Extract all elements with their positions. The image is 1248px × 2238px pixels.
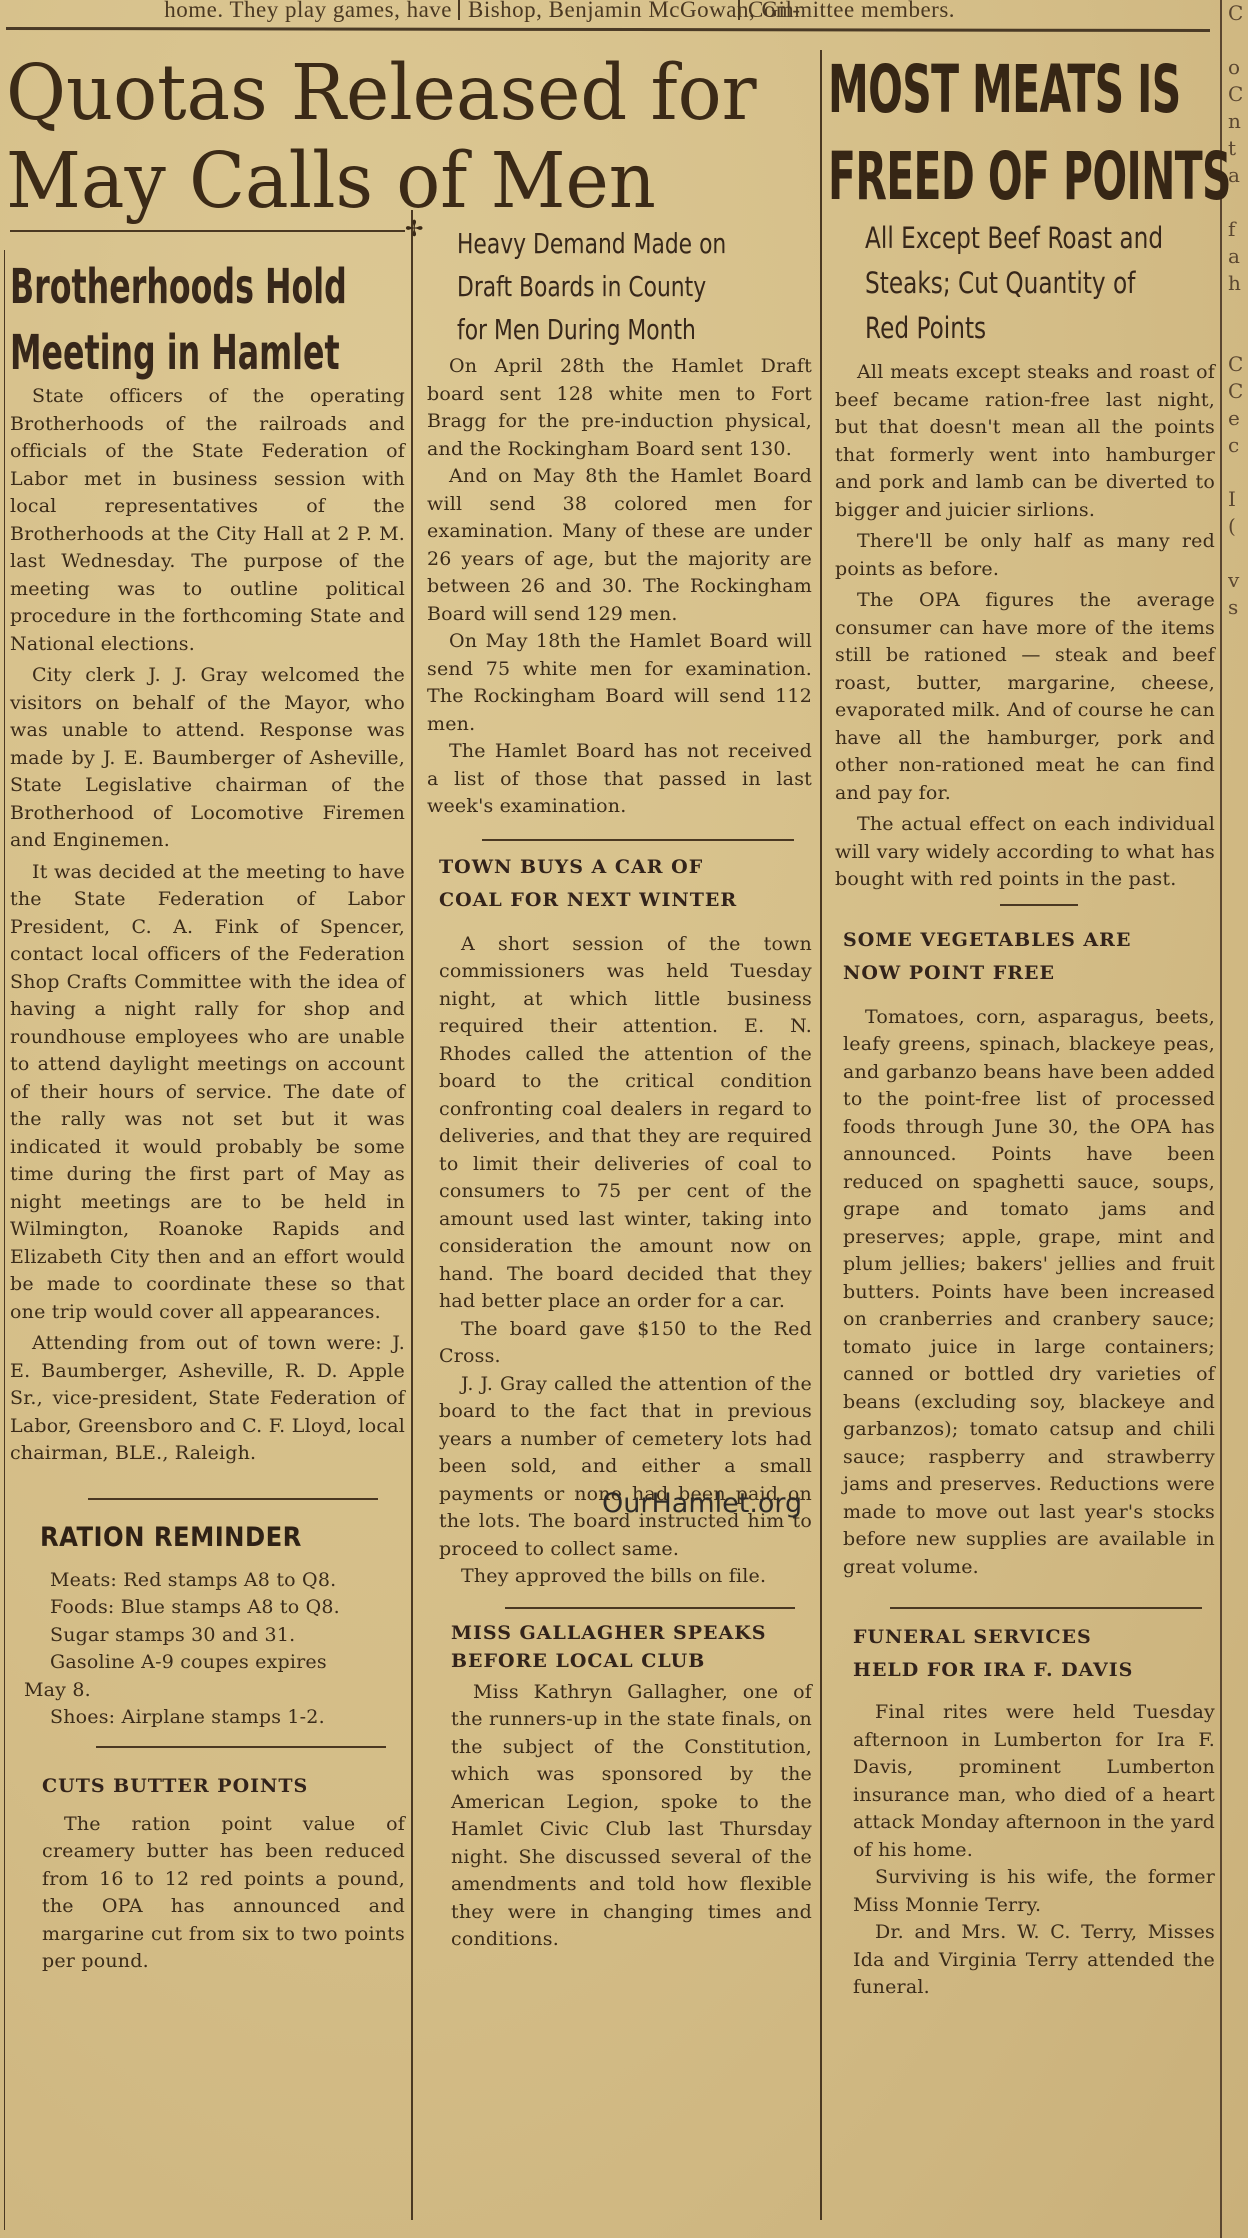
ration-item: Gasoline A-9 coupes expires — [24, 1649, 405, 1677]
funeral-headline-line1: FUNERAL SERVICES — [853, 1621, 1215, 1654]
vegetables-body: Tomatoes, corn, asparagus, beets, leafy … — [835, 1004, 1215, 1582]
edge-fragment-char: h — [1228, 270, 1248, 297]
paragraph: A short session of the town commissioner… — [439, 931, 812, 1316]
paragraph: Surviving is his wife, the former Miss M… — [853, 1864, 1215, 1919]
edge-fragment-char — [1228, 297, 1248, 324]
paragraph: On April 28th the Hamlet Draft board sen… — [427, 353, 812, 463]
main-headline: Quotas Released for May Calls of Men — [6, 50, 766, 226]
paragraph: There'll be only half as many red points… — [835, 528, 1215, 583]
draft-deck: Heavy Demand Made on Draft Boards in Cou… — [457, 222, 734, 351]
edge-fragment-char: v — [1228, 567, 1248, 594]
star-ornament-icon: ✢ — [405, 217, 423, 242]
left-column: Brotherhoods Hold Meeting in Hamlet Stat… — [10, 254, 405, 1976]
brotherhoods-body: State officers of the operating Brotherh… — [10, 383, 405, 1468]
top-fragment-strip: home. They play games, haveBishop, Benja… — [0, 0, 1215, 26]
meats-headline: MOST MEATS IS FREED OF POINTS — [828, 46, 1070, 220]
funeral-headline-line2: HELD FOR IRA F. DAVIS — [853, 1654, 1215, 1687]
edge-fragment-char — [1228, 540, 1248, 567]
paragraph: All meats except steaks and roast of bee… — [835, 359, 1215, 524]
edge-fragment-char — [1228, 189, 1248, 216]
brotherhoods-headline-line2: Meeting in Hamlet — [10, 320, 271, 386]
paragraph: The board gave $150 to the Red Cross. — [439, 1316, 812, 1371]
paragraph: The actual effect on each individual wil… — [835, 811, 1215, 894]
edge-fragment-char: a — [1228, 162, 1248, 189]
paragraph: They approved the bills on file. — [439, 1563, 812, 1591]
edge-fragment-char: n — [1228, 108, 1248, 135]
edge-fragment-char: ( — [1228, 513, 1248, 540]
edge-fragment-char: C — [1228, 0, 1248, 27]
paragraph: City clerk J. J. Gray welcomed the visit… — [10, 662, 405, 855]
main-headline-line1: Quotas Released for — [6, 50, 766, 138]
vegetables-headline-line1: SOME VEGETABLES ARE — [843, 924, 1215, 957]
edge-fragment-char — [1228, 324, 1248, 351]
meats-headline-line1: MOST MEATS IS — [828, 46, 1070, 133]
paragraph: The ration point value of creamery butte… — [42, 1811, 405, 1976]
edge-fragment-char: I — [1228, 486, 1248, 513]
edge-fragment-char: e — [1228, 405, 1248, 432]
right-edge-rule — [1220, 0, 1222, 2238]
meats-deck-line1: All Except Beef Roast and — [865, 216, 1145, 261]
vegetables-headline: SOME VEGETABLES ARE NOW POINT FREE — [843, 924, 1215, 990]
ration-item: Foods: Blue stamps A8 to Q8. — [24, 1594, 405, 1622]
draft-body: On April 28th the Hamlet Draft board sen… — [427, 353, 812, 821]
gallagher-body: Miss Kathryn Gallagher, one of the runne… — [427, 1679, 812, 1954]
gallagher-headline-line1: MISS GALLAGHER SPEAKS — [451, 1619, 812, 1647]
edge-fragment-char: C — [1228, 81, 1248, 108]
edge-fragment-char: C — [1228, 378, 1248, 405]
main-headline-line2: May Calls of Men — [6, 138, 766, 226]
paragraph: J. J. Gray called the attention of the b… — [439, 1371, 812, 1564]
section-divider — [505, 1607, 795, 1609]
middle-column: Heavy Demand Made on Draft Boards in Cou… — [427, 222, 812, 1954]
ration-reminder-headline: RATION REMINDER — [40, 1522, 369, 1553]
funeral-headline: FUNERAL SERVICES HELD FOR IRA F. DAVIS — [853, 1621, 1215, 1687]
watermark-ourhamlet: OurHamlet.org — [602, 1488, 802, 1519]
edge-fragment-char — [1228, 459, 1248, 486]
brotherhoods-headline: Brotherhoods Hold Meeting in Hamlet — [10, 254, 271, 386]
coal-headline-line1: TOWN BUYS A CAR OF — [439, 851, 812, 884]
draft-deck-line2: Draft Boards in County — [457, 265, 734, 308]
section-divider — [96, 1746, 386, 1748]
edge-fragment-char: c — [1228, 432, 1248, 459]
paragraph: On May 18th the Hamlet Board will send 7… — [427, 628, 812, 738]
section-divider — [88, 1498, 378, 1500]
brotherhoods-headline-line1: Brotherhoods Hold — [10, 254, 271, 320]
ration-reminder-list: Meats: Red stamps A8 to Q8. Foods: Blue … — [10, 1567, 405, 1732]
top-rule — [6, 27, 1210, 32]
paragraph: It was decided at the meeting to have th… — [10, 859, 405, 1327]
paragraph: Final rites were held Tuesday afternoon … — [853, 1699, 1215, 1864]
column-rule-mid — [411, 210, 413, 2220]
edge-fragment-char: f — [1228, 216, 1248, 243]
ration-item: Shoes: Airplane stamps 1-2. — [24, 1704, 405, 1732]
paragraph: Attending from out of town were: J. E. B… — [10, 1330, 405, 1468]
column-rule-right — [820, 50, 822, 2220]
paragraph: Miss Kathryn Gallagher, one of the runne… — [451, 1679, 812, 1954]
ration-item: Meats: Red stamps A8 to Q8. — [24, 1567, 405, 1595]
column-rule-left — [4, 250, 5, 2230]
butter-headline: CUTS BUTTER POINTS — [42, 1770, 405, 1803]
edge-fragment-char: o — [1228, 54, 1248, 81]
newspaper-page: home. They play games, haveBishop, Benja… — [0, 0, 1248, 2238]
top-fragment-col3: Committee members. — [740, 0, 955, 20]
ration-item: May 8. — [24, 1677, 405, 1705]
coal-headline-line2: COAL FOR NEXT WINTER — [439, 884, 812, 917]
paragraph: The OPA figures the average consumer can… — [835, 587, 1215, 807]
paragraph: And on May 8th the Hamlet Board will sen… — [427, 463, 812, 628]
coal-headline: TOWN BUYS A CAR OF COAL FOR NEXT WINTER — [439, 851, 812, 917]
paragraph: Dr. and Mrs. W. C. Terry, Misses Ida and… — [853, 1919, 1215, 2002]
right-column: All Except Beef Roast and Steaks; Cut Qu… — [835, 216, 1215, 2002]
top-fragment-col1: home. They play games, have — [0, 0, 460, 20]
right-edge-fragments: CoCntafahCCecI(vs — [1228, 0, 1248, 621]
section-divider — [482, 839, 794, 841]
top-fragment-col2: Bishop, Benjamin McGowan, Gil- — [460, 0, 740, 20]
paragraph: State officers of the operating Brotherh… — [10, 383, 405, 658]
butter-body: The ration point value of creamery butte… — [10, 1811, 405, 1976]
edge-fragment-char: s — [1228, 594, 1248, 621]
edge-fragment-char: a — [1228, 243, 1248, 270]
gallagher-headline: MISS GALLAGHER SPEAKS BEFORE LOCAL CLUB — [451, 1619, 812, 1675]
edge-fragment-char: C — [1228, 351, 1248, 378]
gallagher-headline-line2: BEFORE LOCAL CLUB — [451, 1647, 812, 1675]
edge-fragment-char — [1228, 27, 1248, 54]
paragraph: Tomatoes, corn, asparagus, beets, leafy … — [843, 1004, 1215, 1582]
draft-deck-line1: Heavy Demand Made on — [457, 222, 734, 265]
meats-deck: All Except Beef Roast and Steaks; Cut Qu… — [865, 216, 1145, 351]
ration-item: Sugar stamps 30 and 31. — [24, 1622, 405, 1650]
vegetables-headline-line2: NOW POINT FREE — [843, 957, 1215, 990]
meats-deck-line2: Steaks; Cut Quantity of — [865, 261, 1145, 306]
meats-body: All meats except steaks and roast of bee… — [835, 359, 1215, 894]
meats-headline-line2: FREED OF POINTS — [828, 133, 1070, 220]
section-divider — [890, 1607, 1202, 1609]
edge-fragment-char: t — [1228, 135, 1248, 162]
draft-deck-line3: for Men During Month — [457, 308, 734, 351]
section-divider — [1000, 904, 1078, 906]
paragraph: The Hamlet Board has not received a list… — [427, 738, 812, 821]
funeral-body: Final rites were held Tuesday afternoon … — [835, 1699, 1215, 2002]
meats-deck-line3: Red Points — [865, 306, 1145, 351]
headline-underline — [10, 230, 405, 232]
